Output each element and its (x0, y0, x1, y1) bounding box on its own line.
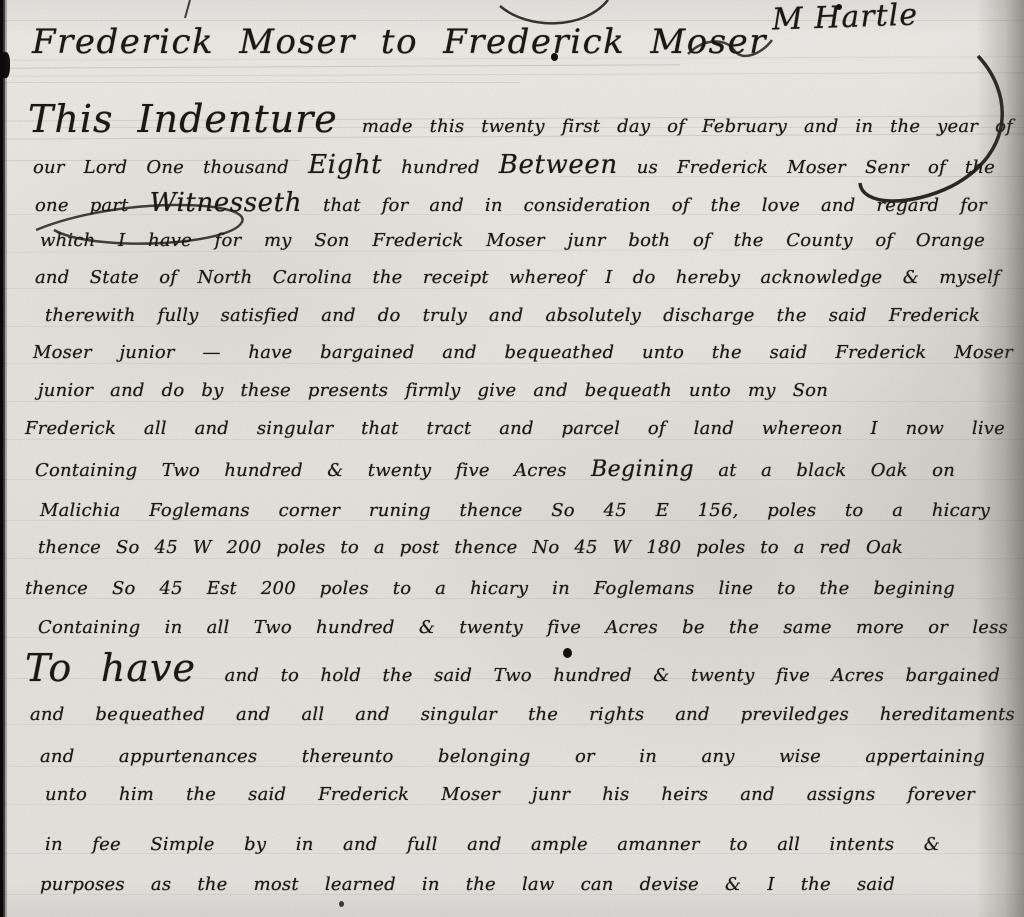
handwritten-text: Begining (591, 457, 694, 482)
document-line: junior and do by these presents firmly g… (38, 376, 828, 412)
document-line: Moser junior — have bargained and bequea… (33, 338, 1013, 374)
handwritten-text: hundred (382, 157, 499, 178)
handwritten-text: Frederick all and singular that tract an… (25, 418, 1005, 439)
document-line: thence So 45 W 200 poles to a post thenc… (38, 533, 903, 569)
handwritten-text: To have (25, 646, 225, 690)
handwritten-text: made this twenty first day of February a… (362, 116, 1013, 137)
document-line: Containing in all Two hundred & twenty f… (38, 613, 1008, 649)
document-line: Malichia Foglemans corner runing thence … (40, 496, 990, 532)
document-line: Containing Two hundred & twenty five Acr… (35, 455, 955, 491)
handwritten-text: Containing in all Two hundred & twenty f… (38, 617, 1008, 638)
handwritten-text: junior and do by these presents firmly g… (38, 380, 828, 401)
scan-edge-left (0, 0, 8, 917)
document-line: our Lord One thousand Eight hundred Betw… (33, 150, 995, 186)
handwritten-text: at a black Oak on (694, 460, 955, 481)
handwritten-text: in fee Simple by in and full and ample a… (45, 834, 940, 855)
document-line: thence So 45 Est 200 poles to a hicary i… (25, 574, 955, 610)
handwritten-text: Moser junior — have bargained and bequea… (33, 342, 1013, 363)
handwritten-text: purposes as the most learned in the law … (40, 874, 895, 895)
handwritten-text: unto him the said Frederick Moser junr h… (45, 784, 975, 805)
handwritten-text: Between (499, 150, 618, 180)
handwritten-text: and bequeathed and all and singular the … (30, 704, 1015, 725)
document-line: therewith fully satisfied and do truly a… (45, 301, 980, 337)
ink-blot (563, 648, 572, 658)
document-line: and State of North Carolina the receipt … (35, 263, 1000, 299)
document-line: one part Witnesseth that for and in cons… (35, 188, 987, 224)
handwritten-text: therewith fully satisfied and do truly a… (45, 305, 980, 326)
ink-speck (836, 4, 842, 10)
document-line: and appurtenances thereunto belonging or… (40, 742, 985, 778)
handwritten-text: us Frederick Moser Senr of the (618, 157, 995, 178)
document-line: and bequeathed and all and singular the … (30, 700, 1015, 736)
document-line: To have and to hold the said Two hundred… (25, 653, 1000, 689)
scanned-deed-page: Frederick Moser to Frederick Moser M Har… (0, 0, 1024, 917)
handwritten-text: Containing Two hundred & twenty five Acr… (35, 460, 591, 481)
handwritten-text: one part (35, 195, 150, 216)
handwritten-text: and appurtenances thereunto belonging or… (40, 746, 985, 767)
handwritten-text: Witnesseth (150, 188, 302, 218)
document-line: purposes as the most learned in the law … (40, 870, 895, 906)
ink-speck (339, 901, 344, 907)
document-line: This Indenture made this twenty first da… (28, 104, 1013, 140)
ink-blot (551, 53, 558, 61)
handwritten-text: Eight (308, 150, 382, 180)
handwritten-text: and to hold the said Two hundred & twent… (225, 665, 1000, 686)
handwritten-text: that for and in consideration of the lov… (302, 195, 987, 216)
handwritten-text: Malichia Foglemans corner runing thence … (40, 500, 990, 521)
handwritten-text: thence So 45 Est 200 poles to a hicary i… (25, 578, 955, 599)
document-body: This Indenture made this twenty first da… (0, 0, 1024, 917)
handwritten-text: which I have for my Son Frederick Moser … (40, 230, 985, 251)
document-line: which I have for my Son Frederick Moser … (40, 226, 985, 262)
document-line: Frederick all and singular that tract an… (25, 414, 1005, 450)
handwritten-text: thence So 45 W 200 poles to a post thenc… (38, 537, 903, 558)
handwritten-text: and State of North Carolina the receipt … (35, 267, 1000, 288)
handwritten-text: This Indenture (28, 97, 362, 141)
document-line: in fee Simple by in and full and ample a… (45, 830, 940, 866)
handwritten-text: our Lord One thousand (33, 157, 308, 178)
scan-edge-shadow-right (976, 0, 1024, 917)
document-line: unto him the said Frederick Moser junr h… (45, 780, 975, 816)
